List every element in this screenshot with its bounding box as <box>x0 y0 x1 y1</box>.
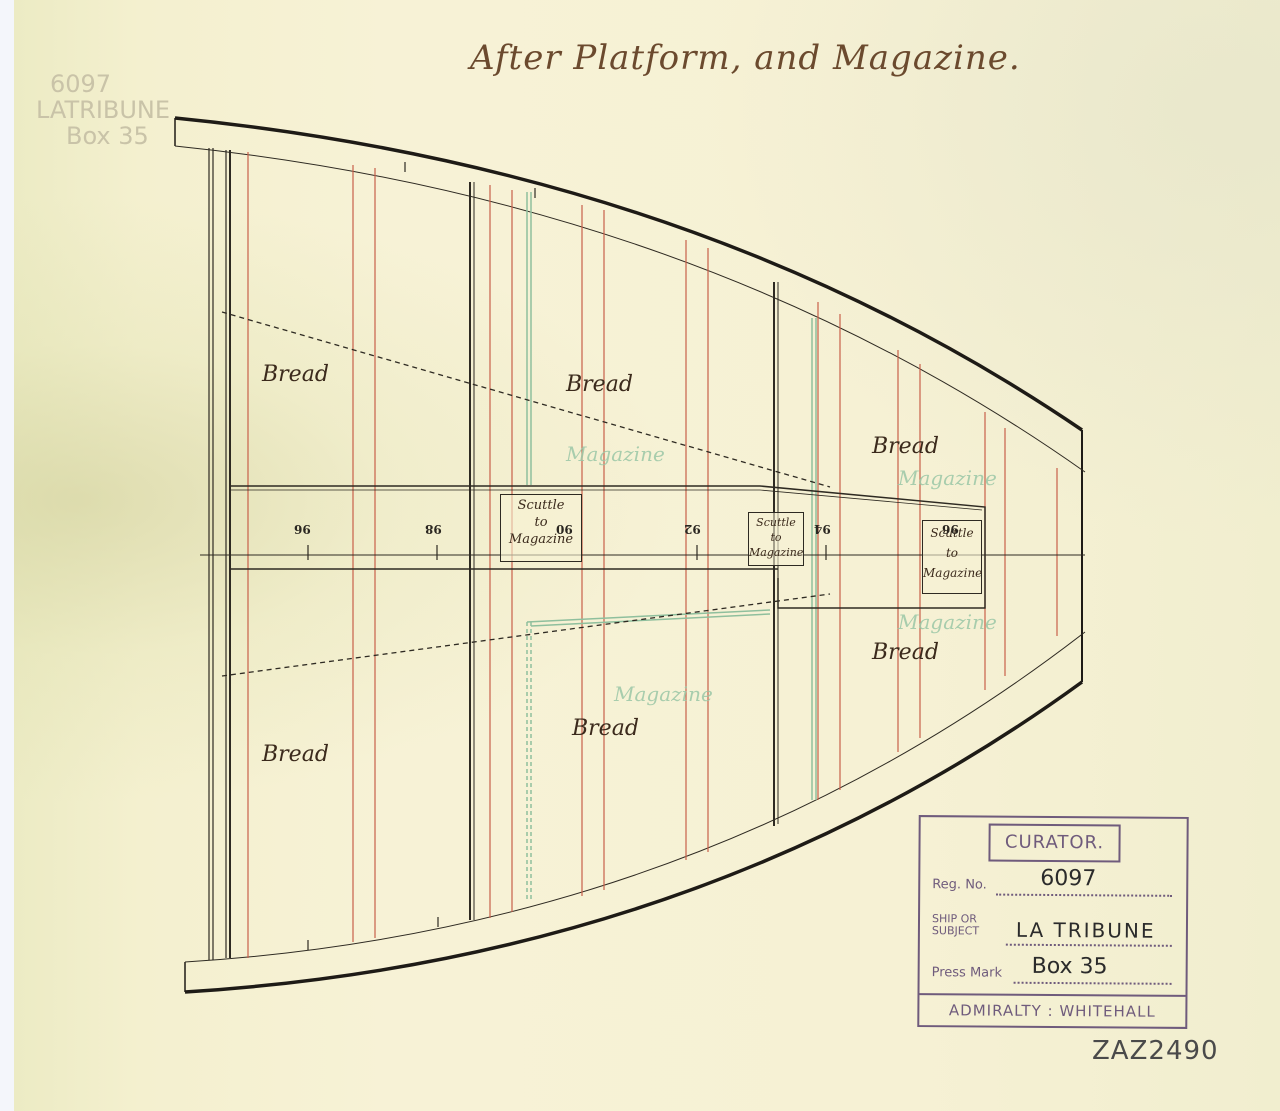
pencil-note-reg: 6097 <box>50 70 111 98</box>
stamp-dotted-line <box>996 894 1172 897</box>
magazine-label: Magazine <box>614 682 713 706</box>
stamp-dotted-line <box>1014 982 1172 985</box>
stamp-reg-value: 6097 <box>1040 866 1096 891</box>
bread-label: Bread <box>566 372 633 397</box>
stamp-header: CURATOR. <box>988 824 1120 863</box>
scuttle-text: Scuttle <box>749 515 803 530</box>
scuttle-text: to <box>749 530 803 545</box>
bread-label: Bread <box>262 362 329 387</box>
scuttle-text: to <box>923 543 981 563</box>
frame-number: 94 <box>814 522 831 536</box>
scuttle-text: Magazine <box>749 545 803 560</box>
frame-number: 96 <box>294 522 311 536</box>
bread-label: Bread <box>872 434 939 459</box>
scuttle-text: Magazine <box>923 563 981 583</box>
bread-label: Bread <box>262 742 329 767</box>
stamp-subject-value: LA TRIBUNE <box>1016 918 1156 943</box>
pencil-note-box: Box 35 <box>66 122 149 150</box>
scuttle-to-magazine: Scuttle to Magazine <box>748 512 804 566</box>
stamp-press-value: Box 35 <box>1032 954 1108 980</box>
stamp-dotted-line <box>1006 944 1172 947</box>
frame-number: 96 <box>942 522 959 536</box>
bread-label: Bread <box>572 716 639 741</box>
magazine-label: Magazine <box>898 610 997 634</box>
magazine-label: Magazine <box>898 466 997 490</box>
bread-label: Bread <box>872 640 939 665</box>
frame-number: 92 <box>684 522 701 536</box>
curator-stamp: CURATOR. Reg. No. 6097 SHIP OR SUBJECT L… <box>917 815 1188 1029</box>
stamp-footer: ADMIRALTY : WHITEHALL <box>919 993 1185 1027</box>
scuttle-text: Scuttle <box>501 497 581 514</box>
frame-number: 90 <box>556 522 573 536</box>
pencil-note-ship: LATRIBUNE <box>36 96 170 124</box>
inner-hull-top <box>175 146 1085 472</box>
reference-number: ZAZ2490 <box>1092 1036 1219 1066</box>
frame-number: 98 <box>425 522 442 536</box>
magazine-label: Magazine <box>566 442 665 466</box>
drawing-title: After Platform, and Magazine. <box>470 38 1021 78</box>
